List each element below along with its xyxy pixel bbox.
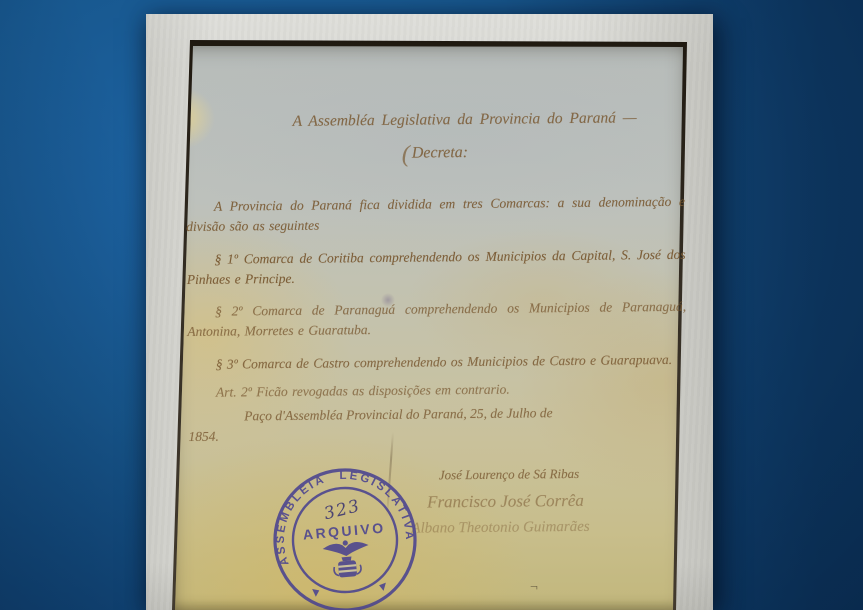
decree-article-1: A Provincia do Paraná fica dividida em t… [186,192,685,238]
decree-heading: (Decreta: [185,139,684,171]
decree-paragraph-3: § 3º Comarca de Castro comprehendendo os… [188,349,687,374]
corner-mark: ¬ [530,580,538,596]
dateline-year: 1854. [188,422,687,447]
signature: Albano Theotonio Guimarães [411,512,688,542]
stamp-center-text: ARQUIVO [302,519,386,542]
decree-article-2: Art. 2º Ficão revogadas as disposições e… [188,378,687,403]
stamp-left-arrow-icon [312,588,320,597]
stamp-coat-of-arms-icon [322,538,371,578]
flourish-mark: ( [402,142,412,168]
signature: José Lourenço de Sá Ribas [439,458,688,488]
document-title-line: A Assembléa Legislativa da Provincia do … [185,109,684,132]
manuscript-text: A Assembléa Legislativa da Provincia do … [184,9,689,545]
picture-frame: A Assembléa Legislativa da Provincia do … [146,14,713,610]
signature-block: José Lourenço de Sá Ribas Francisco José… [427,458,689,542]
photo-background: A Assembléa Legislativa da Provincia do … [0,0,863,610]
archive-stamp: ASSEMBLEIA LEGISLATIVA 323 ARQUIVO [270,465,420,610]
stamp-number: 323 [322,496,363,524]
decree-heading-word: Decreta: [412,144,468,162]
decree-paragraph-1: § 1º Comarca de Coritiba comprehendendo … [186,244,685,290]
decree-paragraph-2: § 2º Comarca de Paranaguá comprehendendo… [187,297,686,343]
signature: Francisco José Corrêa [427,485,688,515]
stamp-right-arrow-icon [379,583,387,592]
